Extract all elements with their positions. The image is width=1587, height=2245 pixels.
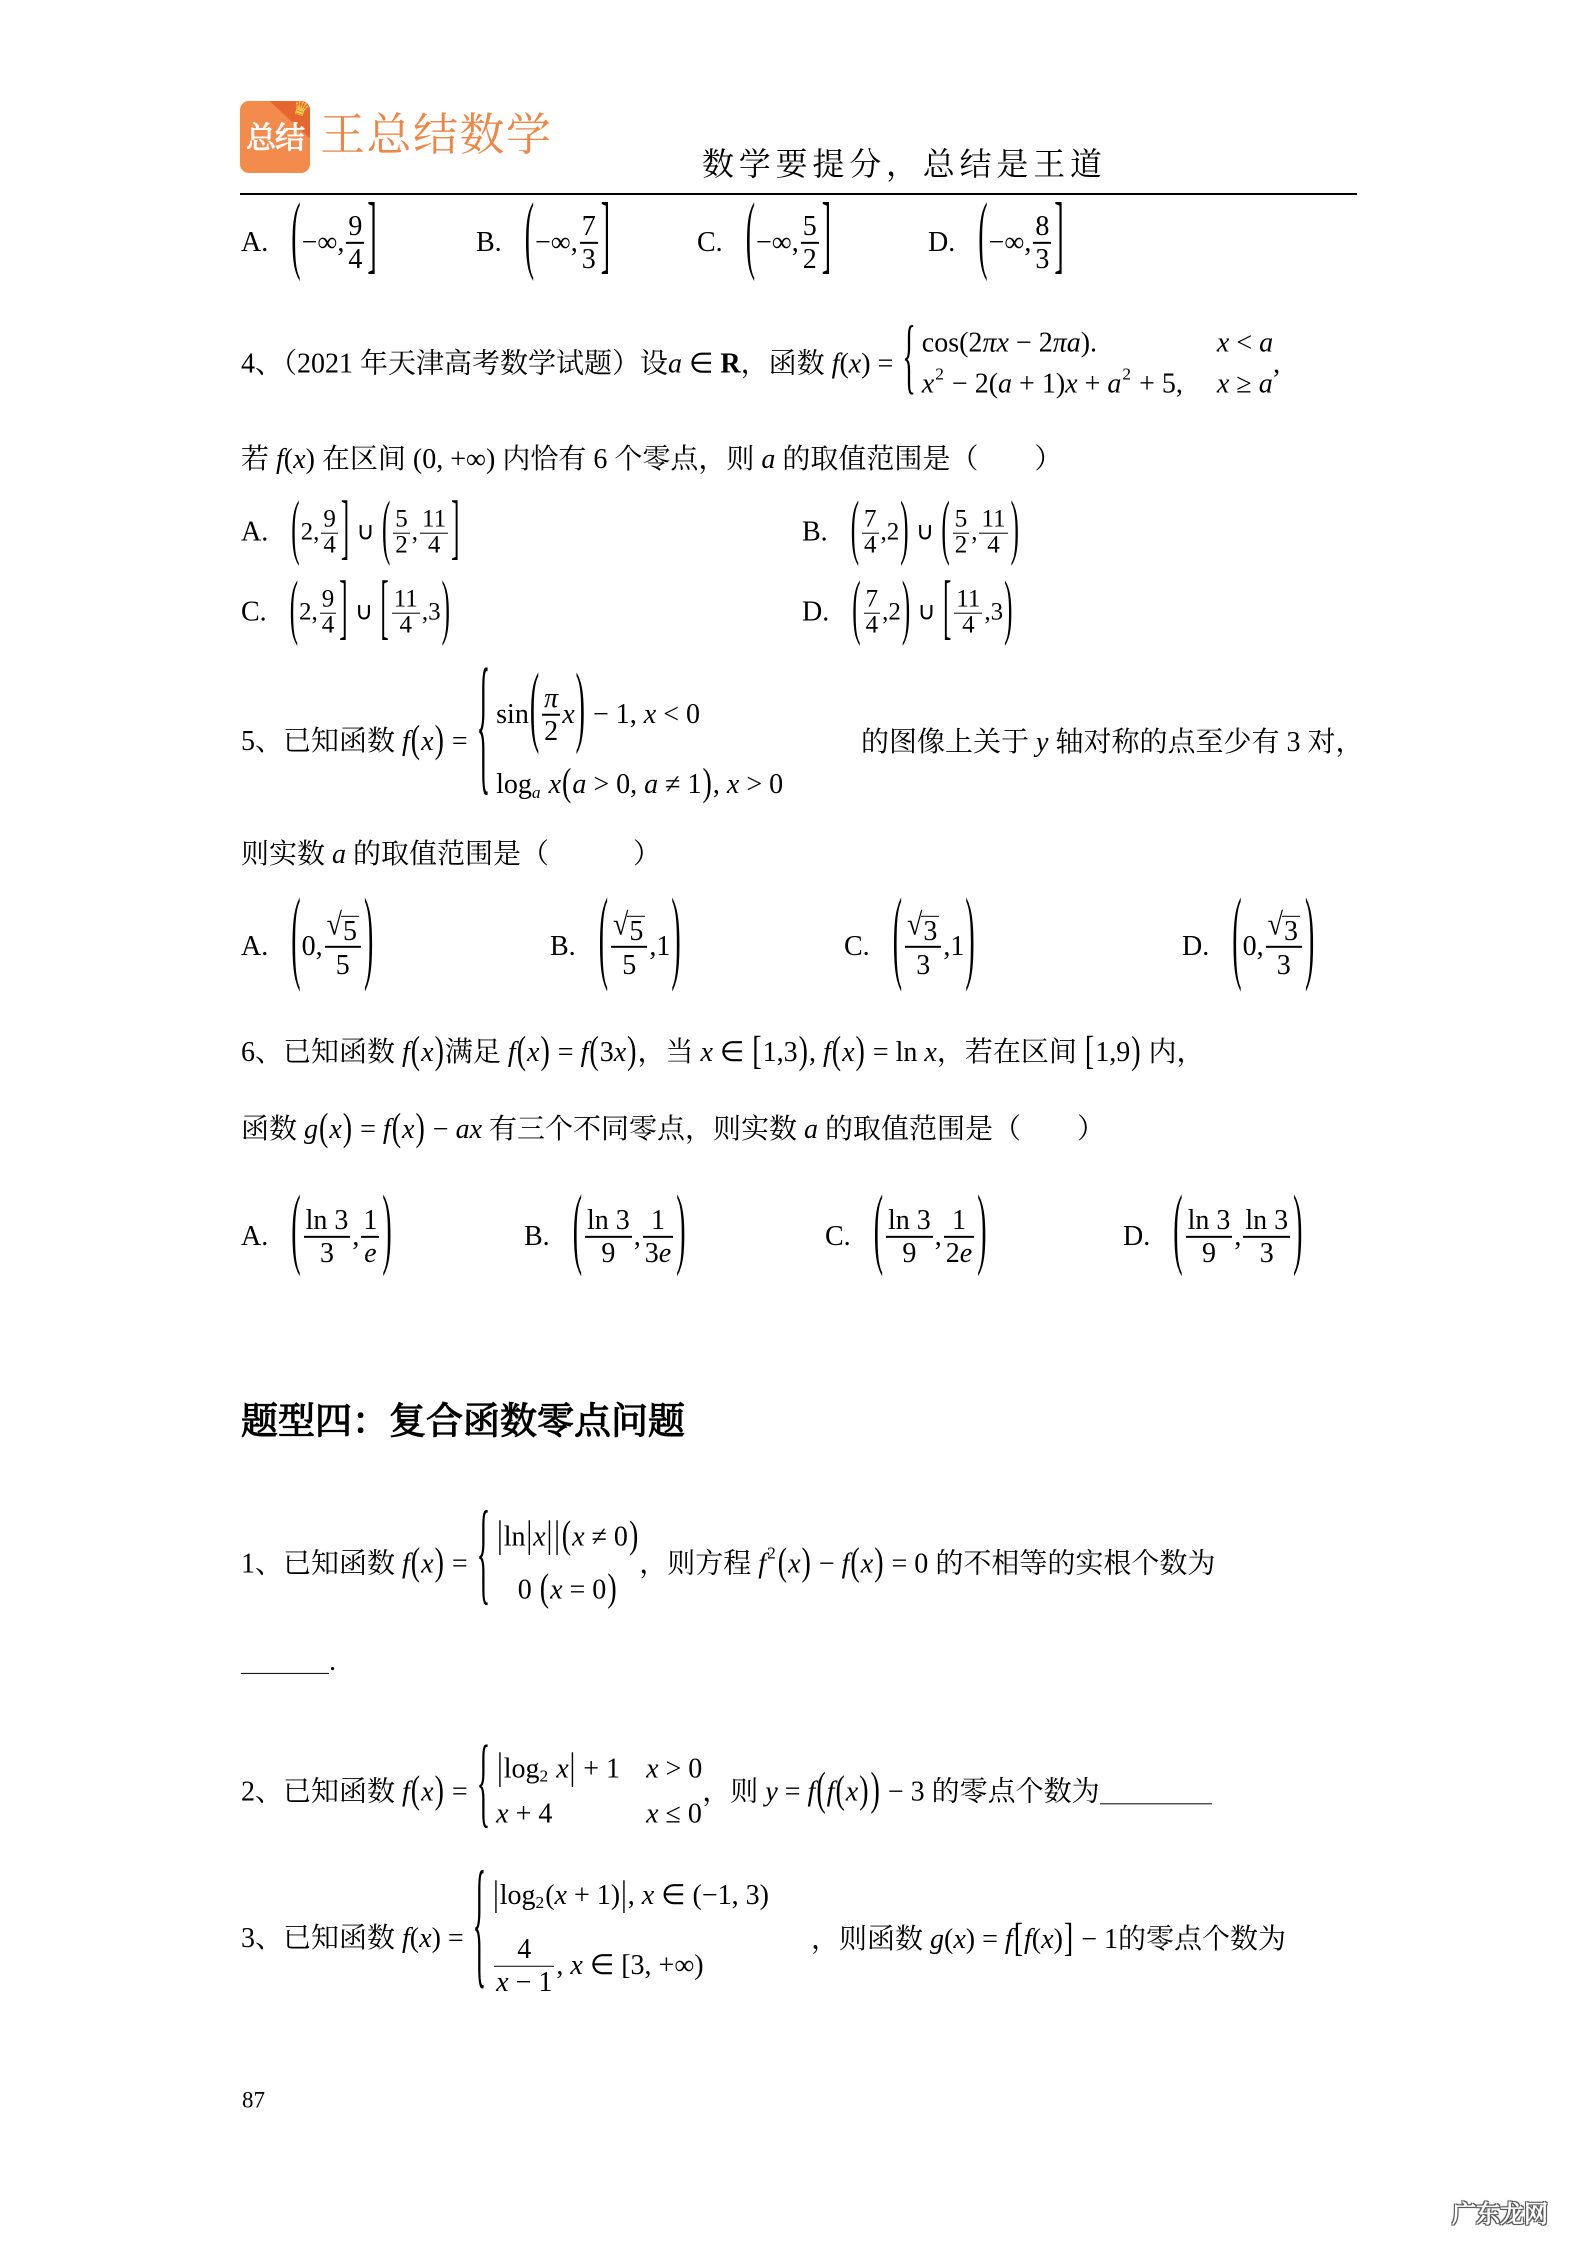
case-cell: sin(π2x) − 1, x < 0 bbox=[496, 683, 700, 747]
math-segment: ∈ bbox=[682, 348, 720, 380]
q5-stem-line-2: 则实数 a 的取值范围是（ ） bbox=[241, 839, 661, 871]
fraction: π2 bbox=[542, 683, 560, 747]
math-segment: log bbox=[504, 1753, 540, 1785]
option-label: A. bbox=[241, 227, 268, 259]
denominator: 2 bbox=[393, 534, 410, 559]
math-segment: x bbox=[842, 1037, 854, 1069]
text-segment: ，则函数 bbox=[811, 1924, 930, 1956]
math-segment: f bbox=[581, 1037, 589, 1069]
left-paren: ( bbox=[832, 1032, 841, 1071]
math-segment: 3 bbox=[600, 1037, 614, 1069]
math-segment: ln bbox=[504, 1521, 526, 1553]
numerator: 7 bbox=[862, 508, 879, 533]
math-text: ln 3 bbox=[306, 1205, 349, 1236]
right-paren: ) bbox=[435, 1543, 444, 1582]
math-segment: , bbox=[1234, 1221, 1241, 1253]
numerator: 1 bbox=[649, 1205, 667, 1236]
case-rows: |log2(x + 1)|, x ∈ (−1, 3)4x − 1, x ∈ [3… bbox=[492, 1880, 769, 1999]
brace: { bbox=[477, 1735, 490, 1836]
math-segment: + bbox=[1078, 369, 1108, 401]
left-paren: ( bbox=[411, 721, 420, 760]
radicand: 5 bbox=[341, 916, 359, 946]
left-paren: ( bbox=[941, 492, 949, 564]
math-segment: ∪ bbox=[910, 519, 941, 548]
right-paren: ) bbox=[977, 1187, 986, 1277]
math-text: 3 bbox=[1260, 1238, 1274, 1269]
math-segment: x bbox=[496, 1799, 508, 1831]
option-value: (√33,1) bbox=[892, 910, 976, 984]
math-segment: x bbox=[953, 1924, 965, 1956]
q3-option-b: B. (−∞,73] bbox=[476, 211, 611, 275]
math-segment: f bbox=[808, 1776, 816, 1808]
denominator: 4 bbox=[862, 534, 879, 559]
fraction: 52 bbox=[393, 508, 410, 559]
math-segment: x bbox=[555, 1880, 567, 1912]
right-paren: ) bbox=[1131, 1032, 1140, 1071]
denominator: 3 bbox=[1275, 948, 1293, 984]
math-segment: log bbox=[496, 769, 532, 801]
right-paren: ) bbox=[540, 1032, 549, 1071]
option-value: (ln 39,12e) bbox=[873, 1205, 988, 1269]
math-segment: R bbox=[720, 348, 740, 380]
math-segment: + 4 bbox=[509, 1799, 553, 1831]
case-rows: cos(2πx − 2πa).x < ax2 − 2(a + 1)x + a2 … bbox=[922, 327, 1273, 400]
right-paren: ) bbox=[415, 1109, 424, 1148]
numerator: √3 bbox=[905, 910, 941, 946]
numerator: 5 bbox=[801, 211, 819, 242]
math-segment: , bbox=[1273, 348, 1280, 380]
math-segment: g bbox=[304, 1114, 318, 1146]
math-segment: (0, +∞) bbox=[413, 444, 495, 476]
math-segment: ). bbox=[1081, 327, 1097, 359]
text-segment: 函数 bbox=[241, 1114, 304, 1146]
math-segment: 2 bbox=[946, 1238, 960, 1269]
q6-option-c: C. (ln 39,12e) bbox=[825, 1205, 988, 1269]
math-segment: x bbox=[421, 1548, 433, 1580]
fraction: √33 bbox=[1266, 910, 1302, 984]
fraction: 94 bbox=[321, 508, 338, 559]
math-segment: ) bbox=[966, 1924, 975, 1956]
fraction: 13e bbox=[643, 1205, 673, 1269]
math-segment: f bbox=[402, 1776, 410, 1808]
math-segment: 3 bbox=[645, 1238, 659, 1269]
fraction: 12e bbox=[944, 1205, 974, 1269]
math-segment: . bbox=[329, 1646, 336, 1678]
math-segment: − 1 bbox=[1074, 1924, 1118, 1956]
left-paren: ( bbox=[290, 572, 298, 645]
q6-stem-line-2: 函数 g(x) = f(x) − ax 有三个不同零点，则实数 a 的取值范围是… bbox=[241, 1114, 1105, 1146]
left-bracket: [ bbox=[752, 1032, 761, 1073]
denominator: 4 bbox=[985, 534, 1002, 559]
right-paren: ) bbox=[364, 888, 373, 992]
right-paren: ) bbox=[671, 888, 680, 992]
math-segment: − bbox=[426, 1114, 456, 1146]
right-paren: ) bbox=[1305, 888, 1314, 992]
numerator: ln 3 bbox=[1186, 1205, 1233, 1236]
numerator: √3 bbox=[1266, 910, 1302, 946]
text-segment: 1、已知函数 bbox=[241, 1548, 402, 1580]
math-segment: , bbox=[412, 519, 418, 548]
math-segment: = bbox=[441, 1923, 471, 1955]
math-segment: ) bbox=[1054, 1924, 1063, 1956]
case-rows: |log2 x| + 1x > 0x + 4x ≤ 0 bbox=[496, 1753, 702, 1830]
math-segment: ≠ 0 bbox=[585, 1521, 628, 1553]
math-text: ln 3 bbox=[587, 1205, 630, 1236]
left-paren: ( bbox=[562, 765, 571, 804]
q5-option-a: A. (0,√55) bbox=[241, 910, 374, 984]
math-text: 7 bbox=[864, 508, 877, 533]
math-segment: x bbox=[1065, 369, 1077, 401]
math-segment: e bbox=[659, 1238, 671, 1269]
math-segment: x bbox=[924, 1037, 936, 1069]
math-segment: ( bbox=[284, 444, 293, 476]
math-text: 3 bbox=[916, 948, 930, 984]
left-paren: ( bbox=[562, 1517, 571, 1556]
left-paren: ( bbox=[893, 888, 902, 992]
option-value: (√55,1) bbox=[598, 910, 682, 984]
math-segment: x bbox=[527, 1037, 539, 1069]
logo-badge-text: 总结 bbox=[240, 124, 310, 154]
math-segment: + 1) bbox=[1012, 369, 1065, 401]
right-bracket: ] bbox=[601, 194, 610, 281]
q3-option-a: A. (−∞,94] bbox=[241, 211, 378, 275]
denominator: 2e bbox=[944, 1238, 974, 1269]
math-text: 9 bbox=[323, 508, 336, 533]
abs-bar: | bbox=[493, 1877, 499, 1913]
text-segment: 6、已知函数 bbox=[241, 1037, 402, 1069]
right-paren: ) bbox=[607, 1570, 616, 1609]
math-segment: a bbox=[332, 839, 346, 871]
subscript: 2 bbox=[540, 1767, 549, 1787]
right-paren: ) bbox=[576, 665, 585, 755]
right-paren: ) bbox=[442, 572, 450, 645]
math-segment: x bbox=[922, 369, 934, 401]
fraction: ln 39 bbox=[585, 1205, 632, 1269]
case-cell: x > 0 bbox=[646, 1753, 702, 1785]
left-paren: ( bbox=[978, 194, 987, 281]
math-segment: 2, bbox=[299, 599, 318, 628]
right-paren: ) bbox=[1011, 492, 1019, 564]
math-text: 11 bbox=[981, 508, 1005, 533]
right-paren: ) bbox=[799, 1032, 808, 1071]
math-text: 4 bbox=[517, 1934, 531, 1965]
fraction: 74 bbox=[864, 588, 881, 639]
fraction: 94 bbox=[346, 211, 364, 275]
math-segment: x bbox=[550, 1575, 562, 1607]
left-paren: ( bbox=[291, 194, 300, 281]
numerator: 9 bbox=[320, 588, 337, 613]
math-text: 1 bbox=[952, 1205, 966, 1236]
math-segment: − 1 bbox=[509, 1967, 553, 1998]
math-segment: −∞, bbox=[302, 227, 345, 259]
q5-option-b: B. (√55,1) bbox=[550, 910, 682, 984]
option-label: D. bbox=[802, 597, 829, 629]
math-segment: e bbox=[364, 1238, 376, 1269]
denominator: 5 bbox=[334, 948, 352, 984]
numerator: ln 3 bbox=[304, 1205, 351, 1236]
math-segment: f bbox=[827, 1776, 835, 1808]
left-paren: ( bbox=[1173, 1187, 1182, 1277]
math-segment: , bbox=[628, 1880, 642, 1912]
case-cell: 0 (x = 0) bbox=[518, 1575, 618, 1607]
right-bracket: ] bbox=[1054, 194, 1063, 281]
radical-sign: √ bbox=[907, 905, 922, 946]
math-segment: x bbox=[556, 1753, 568, 1785]
q6-option-a: A. (ln 33,1e) bbox=[241, 1205, 393, 1269]
math-segment: ≠ 1 bbox=[658, 769, 701, 801]
left-paren: ( bbox=[589, 1032, 598, 1071]
right-paren: ) bbox=[435, 721, 444, 760]
right-paren: ) bbox=[856, 1032, 865, 1071]
numerator: 1 bbox=[361, 1205, 379, 1236]
text-segment: 的不相等的实根个数为 bbox=[928, 1548, 1215, 1580]
option-value: (74,2) ∪ [114,3) bbox=[851, 588, 1013, 639]
option-label: A. bbox=[241, 1221, 268, 1253]
fraction: 114 bbox=[420, 508, 448, 559]
right-paren: ) bbox=[435, 1771, 444, 1810]
option-value: (ln 39,ln 33) bbox=[1172, 1205, 1303, 1269]
radical-sign: √ bbox=[1268, 905, 1283, 946]
math-text: 5 bbox=[395, 508, 408, 533]
denominator: 3e bbox=[643, 1238, 673, 1269]
q5-stem-line-1: 5、已知函数 f(x) = {sin(π2x) − 1, x < 0loga x… bbox=[241, 683, 783, 802]
math-segment: 2, bbox=[301, 519, 320, 548]
case-cell: loga x(a > 0, a ≠ 1), x > 0 bbox=[496, 769, 783, 801]
numerator: √5 bbox=[325, 910, 361, 946]
right-paren: ) bbox=[435, 1032, 444, 1071]
math-text: 11 bbox=[956, 588, 980, 613]
text-segment: 内恰有 6 个零点，则 bbox=[495, 444, 761, 476]
case-cell: |ln|x||(x ≠ 0) bbox=[496, 1521, 639, 1553]
math-segment: , bbox=[634, 1221, 641, 1253]
math-text: ln 3 bbox=[1245, 1205, 1288, 1236]
math-segment: − 1, bbox=[586, 699, 644, 731]
numerator: 4 bbox=[515, 1934, 533, 1965]
math-text: 5 bbox=[336, 948, 350, 984]
brace: { bbox=[473, 1857, 486, 2000]
fraction: ln 39 bbox=[886, 1205, 933, 1269]
left-paren: ( bbox=[874, 1187, 883, 1277]
math-segment: ( bbox=[944, 1924, 953, 1956]
case-cell: x + 4 bbox=[496, 1799, 552, 1831]
abs-bar: | bbox=[554, 1518, 560, 1556]
math-text: 5 bbox=[622, 948, 636, 984]
math-segment: = bbox=[445, 1776, 475, 1808]
left-paren: ( bbox=[850, 1543, 859, 1582]
math-segment: x bbox=[329, 1114, 341, 1146]
math-text: 9 bbox=[348, 211, 362, 242]
left-paren: ( bbox=[411, 1032, 420, 1071]
superscript: 2 bbox=[935, 364, 944, 384]
right-paren: ) bbox=[629, 1517, 638, 1556]
option-value: (−∞,73] bbox=[524, 211, 611, 275]
math-segment: ,1 bbox=[649, 931, 670, 963]
math-segment: = bbox=[778, 1776, 808, 1808]
math-segment: π bbox=[544, 683, 558, 714]
right-bracket: ] bbox=[451, 492, 459, 564]
left-paren: ( bbox=[291, 492, 299, 564]
radical-sign: √ bbox=[613, 905, 628, 946]
abs-bar: | bbox=[497, 1750, 503, 1788]
radical-sign: √ bbox=[327, 905, 342, 946]
math-segment: x bbox=[849, 348, 861, 380]
math-segment: f bbox=[832, 348, 840, 380]
fraction: 94 bbox=[320, 588, 337, 639]
text-segment: 的取值范围是（ ） bbox=[775, 444, 1062, 476]
answer-blank bbox=[1100, 1780, 1212, 1804]
s4-q1-answer-line: . bbox=[241, 1646, 336, 1678]
math-segment: ) = bbox=[861, 348, 900, 380]
math-segment: + 1) bbox=[567, 1880, 620, 1912]
right-paren: ) bbox=[802, 1543, 811, 1582]
math-segment: x bbox=[421, 1776, 433, 1808]
math-segment: x bbox=[293, 444, 305, 476]
math-segment: = bbox=[445, 726, 475, 758]
left-paren: ( bbox=[530, 665, 539, 755]
superscript: 2 bbox=[767, 1543, 776, 1563]
text-segment: ，若在区间 bbox=[937, 1037, 1084, 1069]
abs-bar: | bbox=[570, 1750, 576, 1788]
option-label: B. bbox=[476, 227, 502, 259]
text-segment: 的取值范围是（ ） bbox=[818, 1114, 1105, 1146]
piecewise-function: {sin(π2x) − 1, x < 0loga x(a > 0, a ≠ 1)… bbox=[475, 683, 783, 802]
math-segment: = 0 bbox=[563, 1575, 607, 1607]
math-segment: + 5, bbox=[1132, 369, 1183, 401]
option-label: C. bbox=[241, 597, 267, 629]
right-paren: ) bbox=[343, 1109, 352, 1148]
s4-q3-stem-tail: ，则函数 g(x) = f[f(x)] − 1的零点个数为 bbox=[811, 1924, 1286, 1956]
math-segment: a bbox=[1259, 327, 1273, 359]
subscript: a bbox=[532, 782, 541, 802]
left-paren: ( bbox=[319, 1109, 328, 1148]
math-segment: , bbox=[935, 1221, 942, 1253]
math-segment: ≤ 0 bbox=[659, 1799, 702, 1831]
math-segment: ax bbox=[456, 1114, 482, 1146]
math-segment: > 0 bbox=[659, 1753, 703, 1785]
math-segment: −∞, bbox=[756, 227, 799, 259]
s4-q2-stem: 2、已知函数 f(x) = {|log2 x| + 1x > 0x + 4x ≤… bbox=[241, 1753, 1212, 1830]
math-text: 7 bbox=[866, 588, 879, 613]
math-text: 4 bbox=[322, 614, 335, 639]
case-cell: 4x − 1, x ∈ [3, +∞) bbox=[492, 1934, 703, 1998]
fraction: 52 bbox=[801, 211, 819, 275]
math-text: 2 bbox=[395, 534, 408, 559]
math-segment: = 0 bbox=[885, 1548, 929, 1580]
text-segment: ，当 bbox=[637, 1037, 700, 1069]
q4-stem-line-2: 若 f(x) 在区间 (0, +∞) 内恰有 6 个零点，则 a 的取值范围是（… bbox=[241, 444, 1062, 476]
q6-stem-line-1: 6、已知函数 f(x)满足 f(x) = f(3x)，当 x ∈ [1,3), … bbox=[241, 1037, 1205, 1069]
numerator: 11 bbox=[420, 508, 448, 533]
fraction: √33 bbox=[905, 910, 941, 984]
math-text: 7 bbox=[582, 211, 596, 242]
denominator: 9 bbox=[599, 1238, 617, 1269]
math-text: 8 bbox=[1035, 211, 1049, 242]
abs-bar: | bbox=[527, 1518, 533, 1556]
option-value: (ln 39,13e) bbox=[572, 1205, 687, 1269]
math-segment: x bbox=[570, 1950, 582, 1982]
page-number: 87 bbox=[242, 2089, 265, 2112]
math-segment: 0, bbox=[302, 931, 323, 963]
subscript: 2 bbox=[536, 1893, 545, 1913]
slogan: 数学要提分，总结是王道 bbox=[702, 148, 1107, 180]
right-bracket: ] bbox=[367, 194, 376, 281]
fraction: ln 33 bbox=[304, 1205, 351, 1269]
right-paren: ) bbox=[900, 492, 908, 564]
left-paren: ( bbox=[746, 194, 755, 281]
math-segment: x bbox=[1217, 327, 1229, 359]
math-segment: ) bbox=[432, 1923, 441, 1955]
option-label: C. bbox=[697, 227, 723, 259]
math-segment: = bbox=[551, 1037, 581, 1069]
numerator: √5 bbox=[611, 910, 647, 946]
case-cell: |log2 x| + 1 bbox=[496, 1753, 620, 1785]
math-segment: > 0 bbox=[739, 769, 783, 801]
math-text: 9 bbox=[1202, 1238, 1216, 1269]
q5-stem-line-1-tail: 的图像上关于 y 轴对称的点至少有 3 对， bbox=[861, 727, 1363, 759]
case-rows: |ln|x||(x ≠ 0)0 (x = 0) bbox=[496, 1521, 639, 1606]
superscript: 2 bbox=[1122, 364, 1131, 384]
case-cell: x < a bbox=[1217, 327, 1273, 359]
math-segment: ,3 bbox=[422, 599, 441, 628]
s4-q3-stem: 3、已知函数 f(x) = {|log2(x + 1)|, x ∈ (−1, 3… bbox=[241, 1880, 769, 1999]
q4-stem-line-1: 4、（2021 年天津高考数学试题）设a ∈ R，函数 f(x) = {cos(… bbox=[241, 327, 1280, 400]
left-paren: ( bbox=[411, 1771, 420, 1810]
math-text: 2 bbox=[803, 244, 817, 275]
math-segment: x bbox=[421, 726, 433, 758]
math-segment: f bbox=[1005, 1924, 1013, 1956]
denominator: 4 bbox=[398, 614, 415, 639]
numerator: 11 bbox=[979, 508, 1007, 533]
fraction: 1e bbox=[361, 1205, 379, 1269]
q5-option-d: D. (0,√33) bbox=[1182, 910, 1315, 984]
q5-option-c: C. (√33,1) bbox=[844, 910, 976, 984]
option-label: D. bbox=[928, 227, 955, 259]
math-segment: < bbox=[1229, 327, 1259, 359]
math-segment: x bbox=[1217, 369, 1229, 401]
math-segment: ,2 bbox=[882, 599, 901, 628]
math-segment: −∞, bbox=[535, 227, 578, 259]
text-segment: 有三个不同零点，则实数 bbox=[482, 1114, 804, 1146]
radicand: 3 bbox=[921, 916, 939, 946]
abs-bar: | bbox=[547, 1518, 553, 1556]
math-segment: ( bbox=[1032, 1924, 1041, 1956]
math-segment: , bbox=[556, 1950, 570, 1982]
right-bracket: ] bbox=[822, 194, 831, 281]
math-segment: ≥ bbox=[1229, 369, 1258, 401]
fraction: 52 bbox=[953, 508, 970, 559]
math-segment: x bbox=[549, 769, 561, 801]
math-segment: x bbox=[1041, 1924, 1053, 1956]
math-segment: = bbox=[975, 1924, 1005, 1956]
math-segment: a bbox=[1259, 369, 1273, 401]
math-segment: y bbox=[765, 1776, 777, 1808]
left-bracket: [ bbox=[1085, 1032, 1094, 1073]
option-value: (74,2) ∪ (52,114) bbox=[850, 508, 1020, 559]
denominator: 5 bbox=[620, 948, 638, 984]
math-text: 4 bbox=[428, 534, 441, 559]
math-segment: ∈ [3, +∞) bbox=[583, 1950, 704, 1982]
math-segment: x bbox=[614, 1037, 626, 1069]
option-label: C. bbox=[844, 931, 870, 963]
q6-option-d: D. (ln 39,ln 33) bbox=[1123, 1205, 1303, 1269]
math-segment: πx bbox=[982, 327, 1008, 359]
numerator: 11 bbox=[954, 588, 982, 613]
denominator: 3 bbox=[318, 1238, 336, 1269]
math-segment: f bbox=[402, 1923, 410, 1955]
denominator: 3 bbox=[1033, 244, 1051, 275]
left-paren: ( bbox=[382, 492, 390, 564]
option-value: (ln 33,1e) bbox=[290, 1205, 392, 1269]
